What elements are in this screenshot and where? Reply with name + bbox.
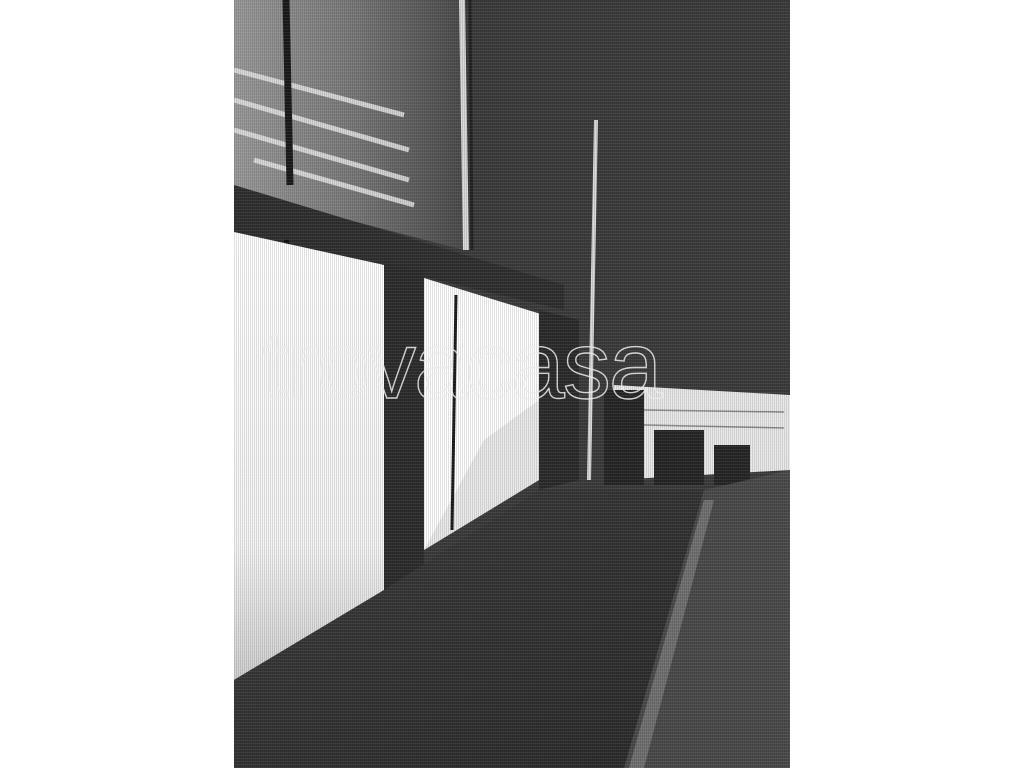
office-interior-scene <box>234 0 790 768</box>
listing-photo <box>234 0 790 768</box>
